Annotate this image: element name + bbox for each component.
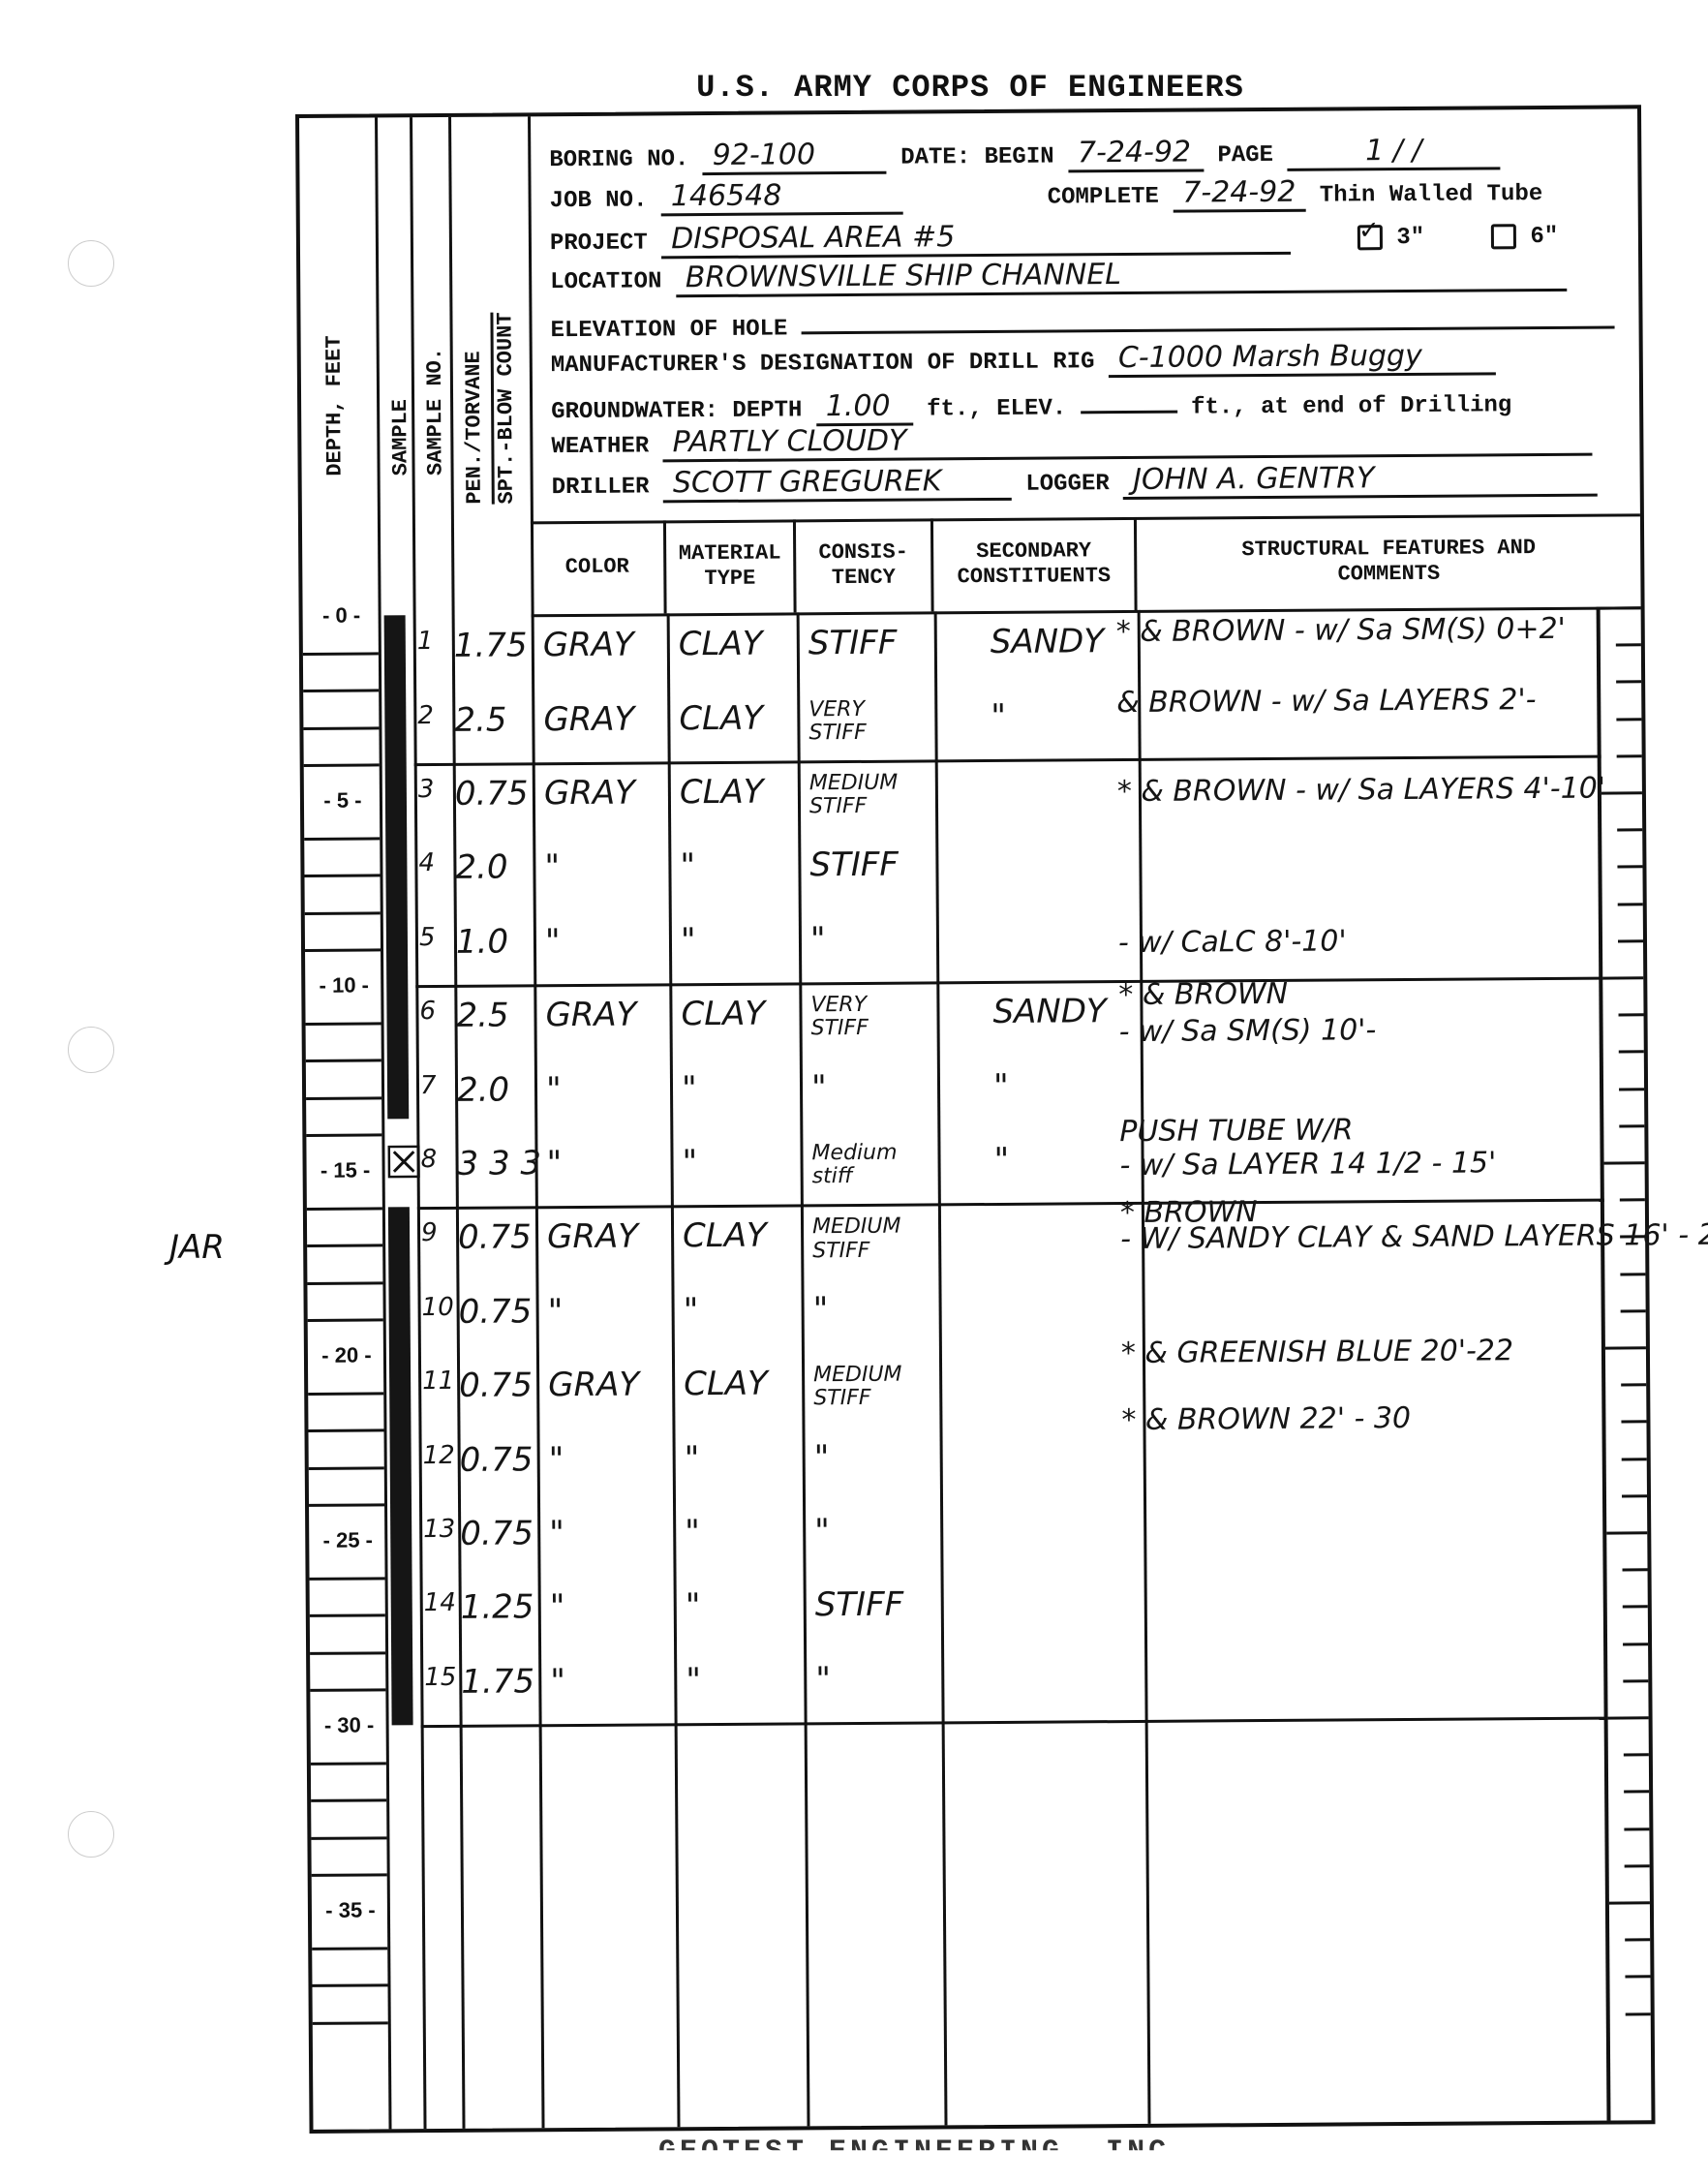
depth-tick [307,1281,382,1285]
form-header: BORING NO. 92-100 DATE: BEGIN 7-24-92 PA… [528,108,1640,524]
depth-tick [312,1948,387,1951]
material-type: " [686,1661,701,1700]
tube-sample-bar [384,615,410,1119]
driller-label: DRILLER [552,474,650,501]
col-secondary: SECONDARY CONSTITUENTS [933,517,1138,611]
depth-tick [313,2021,388,2025]
right-depth-tick [1625,1864,1650,1867]
pen-value: 0.75 [460,1514,534,1553]
binder-hole [68,1811,114,1858]
consistency: STIFF [808,624,898,663]
right-depth-tick [1624,1828,1649,1830]
sample-row: 151.75""" [426,1654,1648,1721]
depth-tick [304,875,380,878]
depth-tick [303,726,379,730]
depth-tick [308,1429,383,1433]
depth-tick [312,1873,387,1877]
sample-no: 13 [423,1515,455,1544]
depth-tick [311,1763,386,1766]
color: GRAY [544,774,635,814]
depth-tick [306,1023,381,1027]
right-depth-tick [1617,828,1642,831]
material-type: CLAY [679,625,763,664]
structural-comment: - w/ Sa LAYER 14 1/2 - 15' [1119,1146,1496,1183]
sample-no: 15 [424,1663,456,1692]
depth-tick [308,1318,383,1322]
binder-hole [68,240,114,287]
secondary-constituent: SANDY [991,622,1105,661]
depth-tick [305,911,381,915]
pen-value: 0.75 [458,1218,532,1258]
pen-value: 0.75 [459,1367,533,1406]
secondary-constituent: " [993,1066,1009,1105]
material-type: CLAY [684,1365,768,1404]
binder-hole [68,1027,114,1073]
color: GRAY [543,699,634,739]
sample-no: 10 [421,1293,453,1322]
depth-tick [307,1208,382,1212]
structural-comment: * & GREENISH BLUE 20'-22 [1121,1335,1513,1371]
sample-no: 11 [422,1367,454,1396]
right-depth-tick [1624,1791,1649,1794]
depth-tick [310,1651,385,1655]
pen-value: 0.75 [458,1292,532,1332]
spt-blow-count-label: SPT.-BLOW COUNT [490,312,518,504]
job-no-label: JOB NO. [550,187,648,214]
depth-tick [308,1393,383,1397]
secondary-constituent: SANDY [992,992,1107,1031]
boring-no-label: BORING NO. [549,146,688,173]
driller-field[interactable]: SCOTT GREGUREK [663,464,1012,504]
sample-no: 2 [417,701,434,730]
right-depth-tick [1625,1938,1650,1941]
column-headers: COLOR MATERIAL TYPE CONSIS- TENCY SECOND… [531,513,1641,617]
structural-comment: * & BROWN [1118,977,1288,1012]
right-depth-tick [1620,1198,1645,1201]
depth-tick [306,1096,381,1100]
color: " [546,1070,562,1109]
boring-no-field[interactable]: 92-100 [703,138,887,175]
material-type: " [680,847,695,886]
sample-no: 1 [417,627,434,656]
groundwater-label: GROUNDWATER: DEPTH [551,397,802,425]
pen-value: 2.0 [455,848,507,887]
right-depth-tick [1619,1124,1644,1127]
sample-no: 4 [418,848,435,877]
sample-row: 51.0""" [421,914,1643,981]
material-type: " [686,1587,701,1626]
boring-log-form: DEPTH, FEET SAMPLE SAMPLE NO. PEN./TORVA… [295,105,1656,2134]
col-structural-features: STRUCTURAL FEATURES AND COMMENTS [1137,513,1641,610]
right-depth-tick [1625,1976,1650,1979]
structural-comment: * & BROWN - w/ Sa SM(S) 0+2' [1116,612,1566,649]
depth-tick [309,1503,384,1507]
log-body: - 0 -- 5 -- 10 -- 15 -- 20 -- 25 -- 30 -… [303,606,1652,2130]
color: " [547,1292,563,1331]
material-type: " [682,1069,697,1108]
sample-row: 120.75""" [425,1432,1647,1499]
right-depth-tick [1609,1901,1650,1904]
right-depth-tick [1617,754,1642,757]
logger-field[interactable]: JOHN A. GENTRY [1123,460,1598,500]
depth-tick [310,1614,385,1618]
depth-label: - 0 - [313,602,371,628]
color: " [544,848,560,887]
col-color: COLOR [531,520,667,614]
sample-row: 72.0"""" [422,1062,1644,1129]
depth-label: - 15 - [317,1157,375,1183]
depth-tick [303,690,379,693]
color: GRAY [543,626,634,665]
depth-tick [311,1799,386,1803]
right-depth-tick [1622,1494,1647,1497]
material-type: CLAY [680,773,764,813]
material-type: " [681,921,696,960]
depth-feet-label: DEPTH, FEET [322,335,348,476]
material-type: CLAY [683,1216,767,1256]
project-label: PROJECT [550,230,648,257]
tube-3in-checkbox[interactable]: ✓ [1357,225,1383,250]
right-depth-tick [1621,1421,1646,1424]
pen-value: 0.75 [455,774,529,814]
secondary-constituent: " [991,696,1006,735]
sample-no: 7 [420,1071,437,1100]
tube-3in-label: 3" [1396,225,1424,251]
depth-tick [310,1688,385,1692]
depth-tick [312,1984,387,1988]
elevation-label: ELEVATION OF HOLE [550,316,787,344]
pen-torvane-label: PEN./TORVANE [462,351,487,505]
consistency: " [810,920,826,959]
depth-label: - 20 - [318,1342,376,1367]
structural-comment: PUSH TUBE W/R [1119,1114,1353,1150]
location-field[interactable]: BROWNSVILLE SHIP CHANNEL [676,255,1567,297]
date-label: DATE: [900,144,970,171]
pen-value: 0.75 [460,1440,534,1480]
jar-sample-icon: ☒ [383,1141,424,1185]
material-type: " [683,1291,698,1330]
color: " [549,1514,564,1552]
material-type: CLAY [679,698,763,738]
depth-tick [306,1133,381,1137]
right-depth-tick [1605,1346,1646,1349]
color: " [545,922,561,961]
footer-company: GEOTEST ENGINEERING, INC. [658,2135,1191,2168]
weather-field[interactable]: PARTLY CLOUDY [662,419,1592,463]
structural-comment: - w/ CaLC 8'-10' [1118,925,1347,961]
pen-value: 1.75 [461,1662,534,1702]
sample-no: 9 [421,1218,438,1247]
color: GRAY [548,1366,639,1405]
sample-row: 141.25""STIFF [426,1581,1648,1647]
consistency: " [811,1068,827,1107]
sample-row: 62.5GRAYCLAYVERY STIFFSANDY [421,988,1643,1055]
structural-comment: - w/ Sa SM(S) 10'- [1119,1013,1377,1049]
right-depth-tick [1618,903,1643,906]
consistency: STIFF [809,845,899,885]
right-depth-tick [1619,1051,1644,1054]
consistency: MEDIUM STIFF [813,1364,902,1411]
color: " [546,1144,562,1183]
right-depth-tick [1602,976,1643,979]
consistency: VERY STIFF [808,697,867,745]
checkmark-icon: ✓ [1358,216,1380,246]
depth-label: - 30 - [320,1712,379,1737]
color: GRAY [547,1217,638,1257]
material-type: " [685,1513,700,1551]
consistency: " [814,1438,830,1477]
consistency: MEDIUM STIFF [812,1215,901,1263]
tube-6in-label: 6" [1530,224,1558,250]
sample-no: 5 [419,923,436,952]
depth-tick [310,1578,385,1582]
sample-label: SAMPLE [388,399,413,476]
material-type: " [682,1143,697,1182]
depth-tick [311,1836,386,1840]
sample-row: 130.75""" [425,1506,1647,1573]
page-field[interactable]: 1 / / [1287,133,1500,171]
color: GRAY [545,996,636,1035]
color: " [550,1587,565,1626]
complete-label: COMPLETE [1048,184,1159,211]
depth-label: - 35 - [321,1897,380,1922]
groundwater-end-label: ft., at end of Drilling [1191,392,1511,420]
right-depth-tick [1623,1568,1648,1571]
pen-value: 2.5 [456,997,508,1035]
tube-sample-bar [388,1207,413,1725]
col-material-type: MATERIAL TYPE [666,519,797,613]
depth-tick [309,1466,384,1470]
depth-tick [304,763,380,767]
color: " [550,1662,565,1701]
pen-value: 1.75 [454,627,528,666]
groundwater-elev-field[interactable] [1080,382,1176,415]
sample-no-label: SAMPLE NO. [423,348,448,476]
consistency: " [815,1660,831,1699]
drill-rig-field[interactable]: C-1000 Marsh Buggy [1109,338,1496,378]
secondary-constituent: " [993,1141,1009,1180]
depth-label: - 10 - [315,972,373,998]
col-consistency: CONSIS- TENCY [796,518,934,612]
right-depth-tick [1620,1273,1645,1275]
elevation-field[interactable] [802,296,1615,334]
consistency: VERY STIFF [810,994,869,1041]
right-depth-tick [1626,2012,1651,2015]
job-no-field[interactable]: 146548 [661,178,903,217]
tube-6in-checkbox[interactable] [1491,224,1516,249]
begin-label: BEGIN [984,144,1053,171]
structural-comment: - W/ SANDY CLAY & SAND LAYERS 16' - 20 [1120,1218,1708,1256]
consistency: MEDIUM STIFF [809,772,899,819]
consistency: " [814,1512,830,1551]
right-depth-tick [1616,681,1641,684]
right-depth-tick [1608,1716,1649,1719]
pen-value: 3 3 3 [457,1144,541,1183]
right-depth-tick [1623,1643,1648,1645]
depth-tick [306,1060,381,1063]
groundwater-depth-field[interactable]: 1.00 [816,389,913,427]
right-depth-tick [1624,1753,1649,1756]
depth-label: - 5 - [314,787,372,813]
material-type: " [685,1439,700,1478]
logger-label: LOGGER [1025,471,1110,498]
depth-tick [307,1244,382,1248]
pen-value: 1.0 [456,922,508,961]
sample-no: 12 [423,1440,455,1469]
pen-value: 2.0 [457,1070,509,1109]
depth-tick [303,653,379,657]
groundwater-elev-label: ft., ELEV. [927,395,1066,422]
depth-tick [305,948,381,952]
depth-tick [304,838,380,842]
location-label: LOCATION [550,268,661,295]
structural-comment: & BROWN - w/ Sa LAYERS 2'- [1116,683,1536,720]
agency-title: U.S. ARMY CORPS OF ENGINEERS [0,70,1708,106]
sample-no: 8 [420,1145,437,1174]
consistency: " [812,1290,828,1329]
project-field[interactable]: DISPOSAL AREA #5 [661,218,1291,260]
complete-date-field[interactable]: 7-24-92 [1173,175,1305,213]
sample-row: 42.0""STIFF [420,841,1642,907]
drill-rig-label: MANUFACTURER'S DESIGNATION OF DRILL RIG [551,349,1095,379]
sample-no: 6 [419,997,436,1026]
material-type: CLAY [681,995,765,1034]
structural-comment: * & BROWN - w/ Sa LAYERS 4'-10' [1117,771,1605,809]
sample-no: 3 [418,775,435,804]
sample-no: 14 [424,1588,456,1617]
structural-comment: * & BROWN 22' - 30 [1121,1401,1411,1437]
consistency: Medium stiff [811,1142,897,1189]
weather-label: WEATHER [551,433,649,460]
consistency: STIFF [815,1585,904,1625]
depth-label: - 25 - [319,1527,377,1552]
pen-value: 2.5 [454,700,506,739]
color: " [549,1440,564,1479]
tube-label: Thin Walled Tube [1320,181,1543,209]
begin-date-field[interactable]: 7-24-92 [1068,135,1204,172]
page-label: PAGE [1217,142,1273,169]
right-depth-tick [1601,606,1641,609]
pen-value: 1.25 [461,1588,534,1628]
margin-note: JAR [169,1228,225,1267]
